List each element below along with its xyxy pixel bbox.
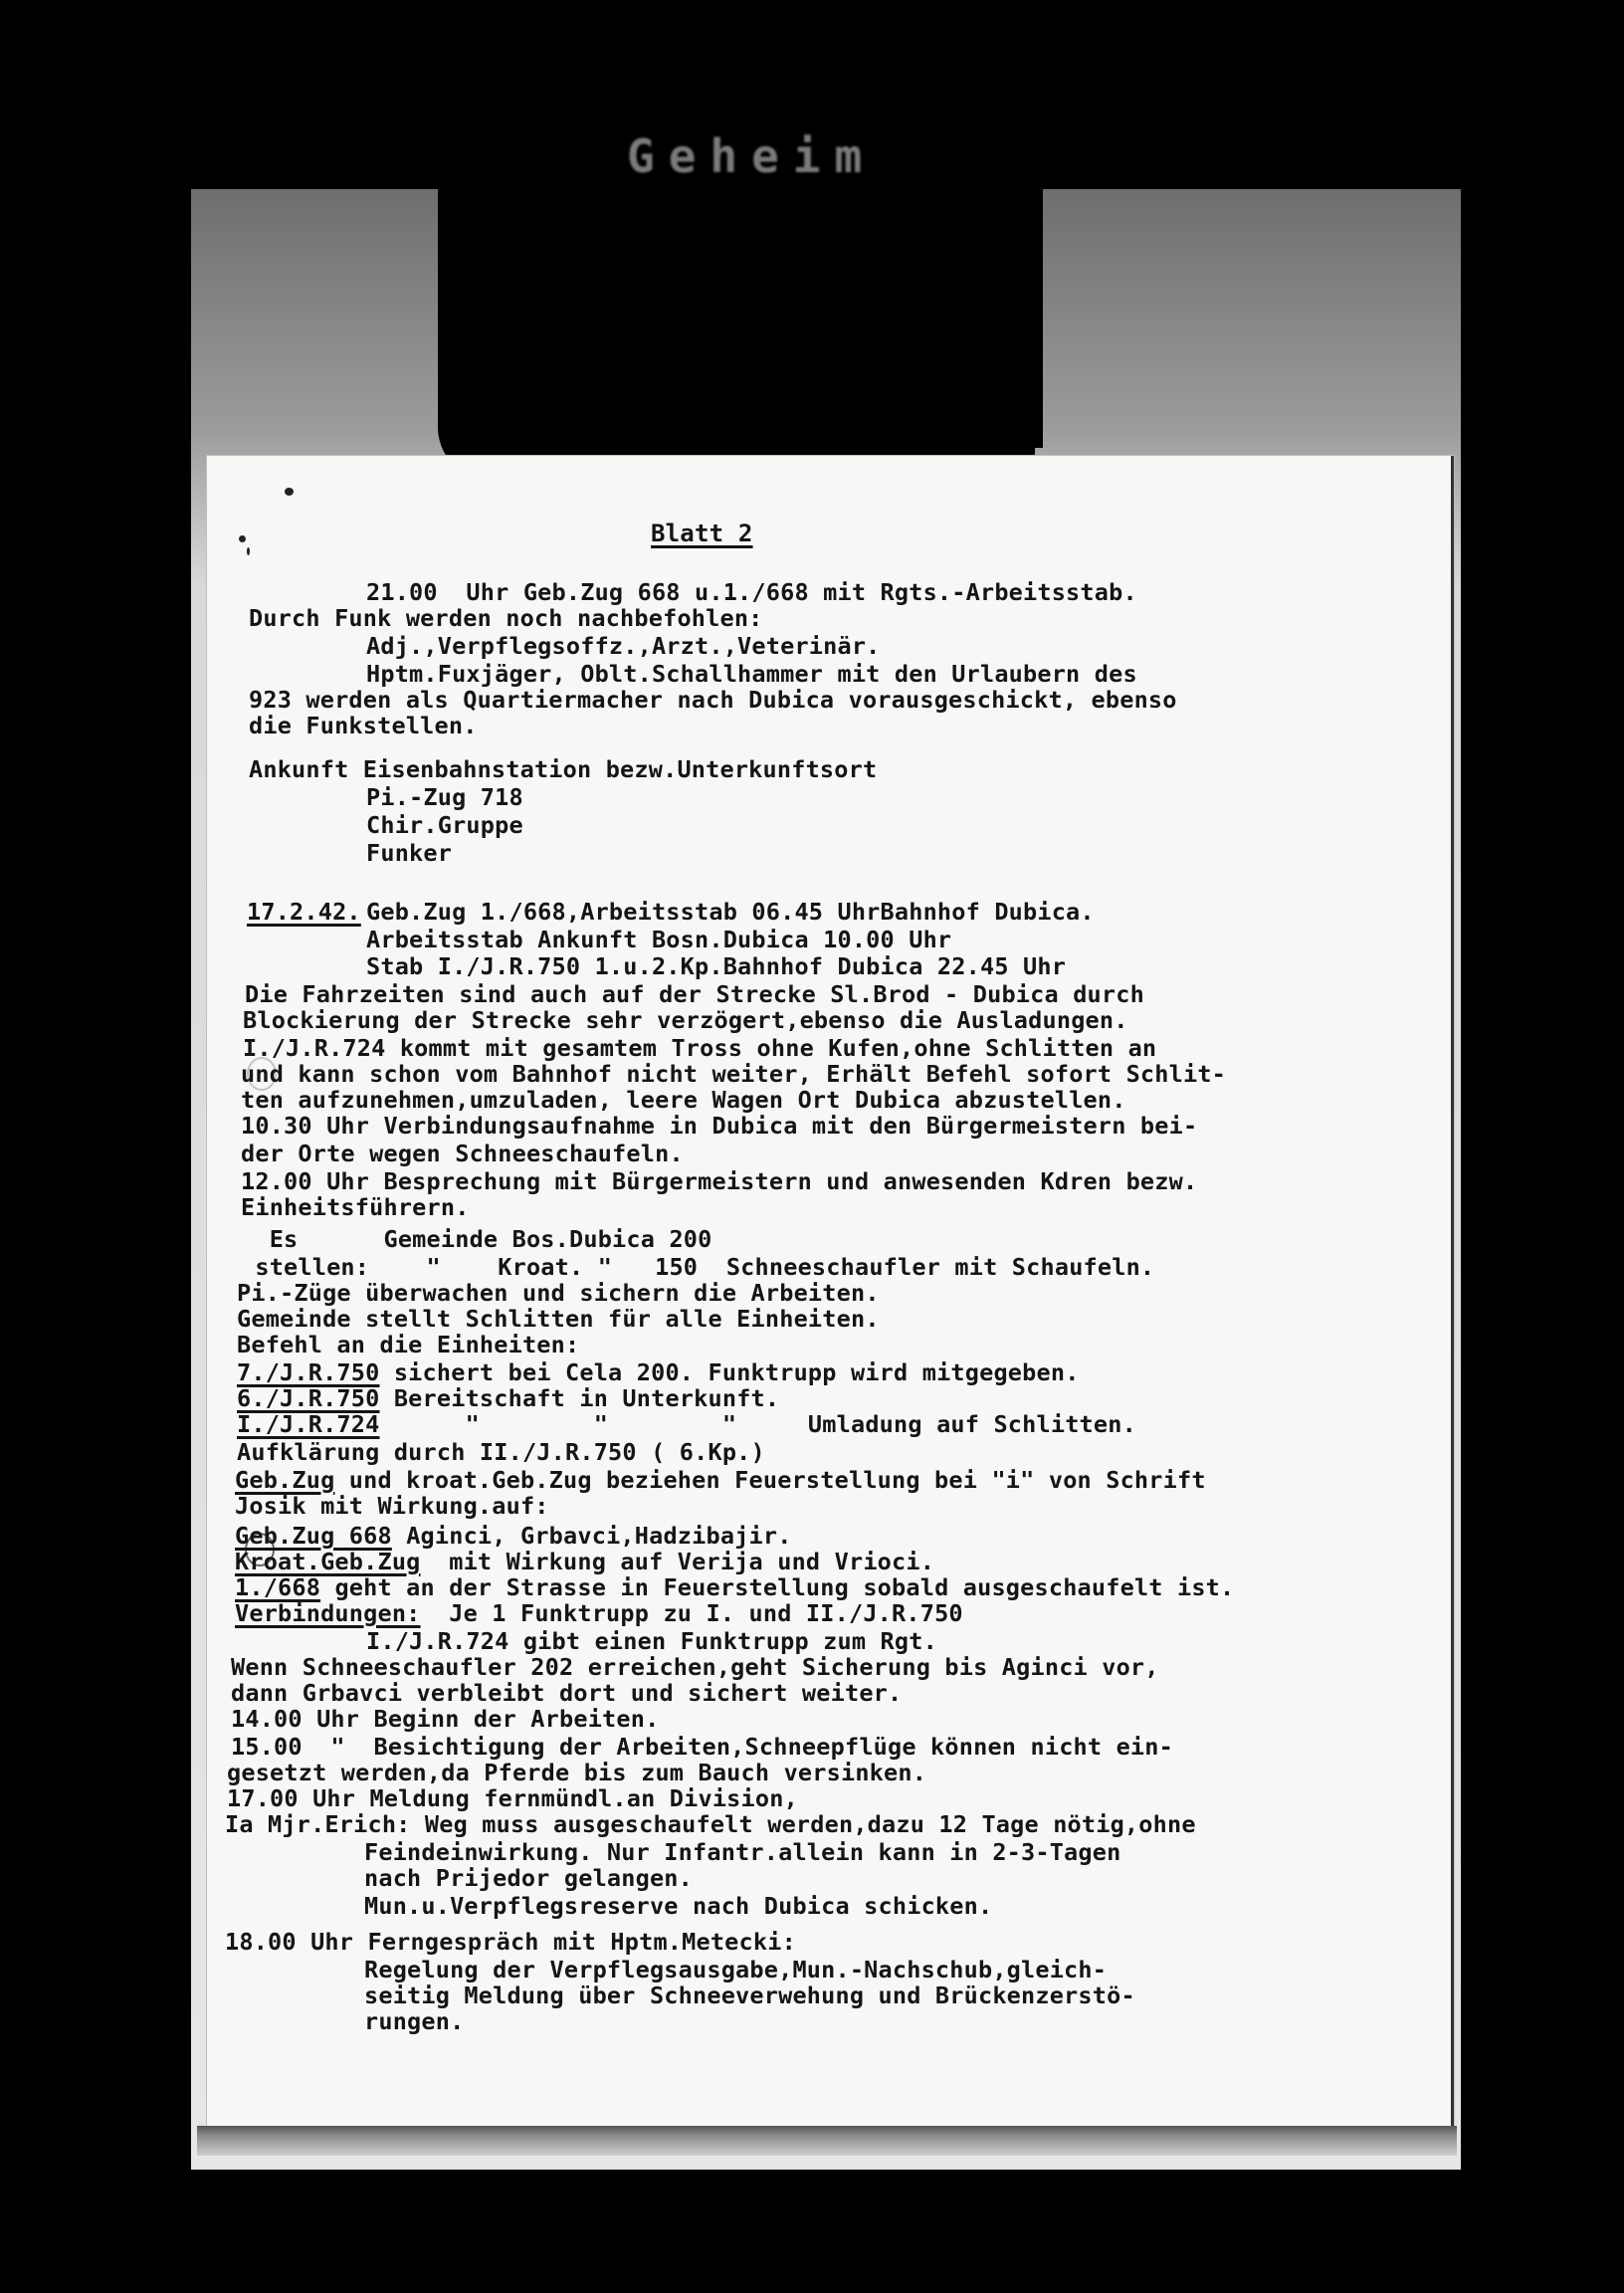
text-line: Blockierung der Strecke sehr verzögert,e…: [243, 1007, 1128, 1034]
order-text: Bereitschaft in Unterkunft.: [379, 1384, 779, 1412]
order-text: und kroat.Geb.Zug beziehen Feuerstellung…: [334, 1466, 1205, 1494]
text-line: Durch Funk werden noch nachbefohlen:: [249, 605, 763, 632]
unit-label: I./J.R.724: [237, 1410, 379, 1438]
text-line: 15.00 " Besichtigung der Arbeiten,Schnee…: [231, 1734, 1173, 1761]
text-line: der Orte wegen Schneeschaufeln.: [241, 1141, 684, 1167]
document-page: Blatt 2 21.00 Uhr Geb.Zug 668 u.1./668 m…: [207, 456, 1454, 2128]
text-line: 10.30 Uhr Verbindungsaufnahme in Dubica …: [241, 1113, 1197, 1140]
page-title: Blatt 2: [651, 521, 753, 547]
text-line: Einheitsführern.: [241, 1194, 470, 1221]
unit-label: Verbindungen:: [235, 1599, 421, 1627]
text-line: Geb.Zug 1./668,Arbeitsstab 06.45 UhrBahn…: [366, 899, 1095, 926]
unit-label: 7./J.R.750: [237, 1358, 379, 1386]
text-line: Es Gemeinde Bos.Dubica 200: [241, 1226, 712, 1253]
ink-speck: [285, 488, 294, 496]
order-text: Josik mit Wirkung.auf:: [235, 1492, 549, 1520]
text-line: Wenn Schneeschaufler 202 erreichen,geht …: [231, 1654, 1159, 1681]
text-line: seitig Meldung über Schneeverwehung und …: [364, 1982, 1135, 2009]
text-line: Adj.,Verpflegsoffz.,Arzt.,Veterinär.: [366, 633, 881, 660]
text-line: Funker: [366, 840, 452, 867]
text-line: gesetzt werden,da Pferde bis zum Bauch v…: [227, 1760, 926, 1786]
ink-speck: [247, 547, 250, 555]
folder-tab-edge: [995, 189, 1043, 448]
text-line: Arbeitsstab Ankunft Bosn.Dubica 10.00 Uh…: [366, 927, 951, 953]
order-line: I./J.R.724 " " " Umladung auf Schlitten.: [237, 1411, 1136, 1438]
text-line: dann Grbavci verbleibt dort und sichert …: [231, 1680, 902, 1707]
unit-label: 1./668: [235, 1573, 320, 1601]
text-line: I./J.R.724 kommt mit gesamtem Tross ohne…: [243, 1035, 1156, 1062]
text-line: Aufklärung durch II./J.R.750 ( 6.Kp.): [237, 1439, 765, 1466]
text-line: die Funkstellen.: [249, 713, 478, 739]
text-line: ten aufzunehmen,umzuladen, leere Wagen O…: [241, 1087, 1126, 1114]
order-text: geht an der Strasse in Feuerstellung sob…: [320, 1573, 1234, 1601]
unit-label: Geb.Zug: [235, 1466, 334, 1494]
entry-date: 17.2.42.: [247, 899, 361, 926]
text-line: Chir.Gruppe: [366, 812, 523, 839]
text-line: und kann schon vom Bahnhof nicht weiter,…: [241, 1061, 1226, 1088]
text-line: Ia Mjr.Erich: Weg muss ausgeschaufelt we…: [225, 1811, 1196, 1838]
order-text: Je 1 Funktrupp zu I. und II./J.R.750: [421, 1599, 963, 1627]
order-text: " " " Umladung auf Schlitten.: [379, 1410, 1135, 1438]
order-line: Verbindungen: Je 1 Funktrupp zu I. und I…: [235, 1600, 963, 1627]
text-line: 18.00 Uhr Ferngespräch mit Hptm.Metecki:: [225, 1929, 796, 1956]
order-line: 7./J.R.750 sichert bei Cela 200. Funktru…: [237, 1359, 1080, 1386]
text-line: 21.00 Uhr Geb.Zug 668 u.1./668 mit Rgts.…: [366, 579, 1137, 606]
ink-speck: [239, 535, 246, 542]
text-line: Gemeinde stellt Schlitten für alle Einhe…: [237, 1306, 880, 1333]
text-line: Die Fahrzeiten sind auch auf der Strecke…: [245, 981, 1144, 1008]
unit-label: Geb.Zug 668: [235, 1522, 392, 1550]
text-line: Feindeinwirkung. Nur Infantr.allein kann…: [364, 1839, 1120, 1866]
order-line: 1./668 geht an der Strasse in Feuerstell…: [235, 1574, 1234, 1601]
text-line: Befehl an die Einheiten:: [237, 1332, 579, 1358]
unit-label: Kroat.Geb.Zug: [235, 1548, 421, 1575]
text-line: Ankunft Eisenbahnstation bezw.Unterkunft…: [249, 756, 877, 783]
order-line: Kroat.Geb.Zug mit Wirkung auf Verija und…: [235, 1549, 934, 1575]
text-line: 14.00 Uhr Beginn der Arbeiten.: [231, 1706, 659, 1733]
order-line: Josik mit Wirkung.auf:: [235, 1493, 549, 1520]
text-line: stellen: " Kroat. " 150 Schneeschaufler …: [241, 1254, 1154, 1281]
text-line: Regelung der Verpflegsausgabe,Mun.-Nachs…: [364, 1957, 1107, 1983]
text-line: Pi.-Züge überwachen und sichern die Arbe…: [237, 1280, 880, 1307]
text-line: Pi.-Zug 718: [366, 784, 523, 811]
text-line: rungen.: [364, 2008, 464, 2035]
text-line: I./J.R.724 gibt einen Funktrupp zum Rgt.: [366, 1628, 937, 1655]
classification-stamp: Geheim: [627, 129, 876, 183]
order-line: Geb.Zug 668 Aginci, Grbavci,Hadzibajir.: [235, 1523, 792, 1550]
order-text: mit Wirkung auf Verija und Vrioci.: [421, 1548, 935, 1575]
order-text: Aginci, Grbavci,Hadzibajir.: [392, 1522, 792, 1550]
unit-label: 6./J.R.750: [237, 1384, 379, 1412]
order-text: sichert bei Cela 200. Funktrupp wird mit…: [379, 1358, 1079, 1386]
order-line: 6./J.R.750 Bereitschaft in Unterkunft.: [237, 1385, 779, 1412]
text-line: Hptm.Fuxjäger, Oblt.Schallhammer mit den…: [366, 661, 1137, 688]
text-line: nach Prijedor gelangen.: [364, 1865, 693, 1892]
text-line: 17.00 Uhr Meldung fernmündl.an Division,: [227, 1785, 798, 1812]
order-line: Geb.Zug und kroat.Geb.Zug beziehen Feuer…: [235, 1467, 1206, 1494]
text-line: 12.00 Uhr Besprechung mit Bürgermeistern…: [241, 1168, 1197, 1195]
text-line: 923 werden als Quartiermacher nach Dubic…: [249, 687, 1177, 714]
text-line: Stab I./J.R.750 1.u.2.Kp.Bahnhof Dubica …: [366, 953, 1066, 980]
text-line: Mun.u.Verpflegsreserve nach Dubica schic…: [364, 1893, 992, 1920]
